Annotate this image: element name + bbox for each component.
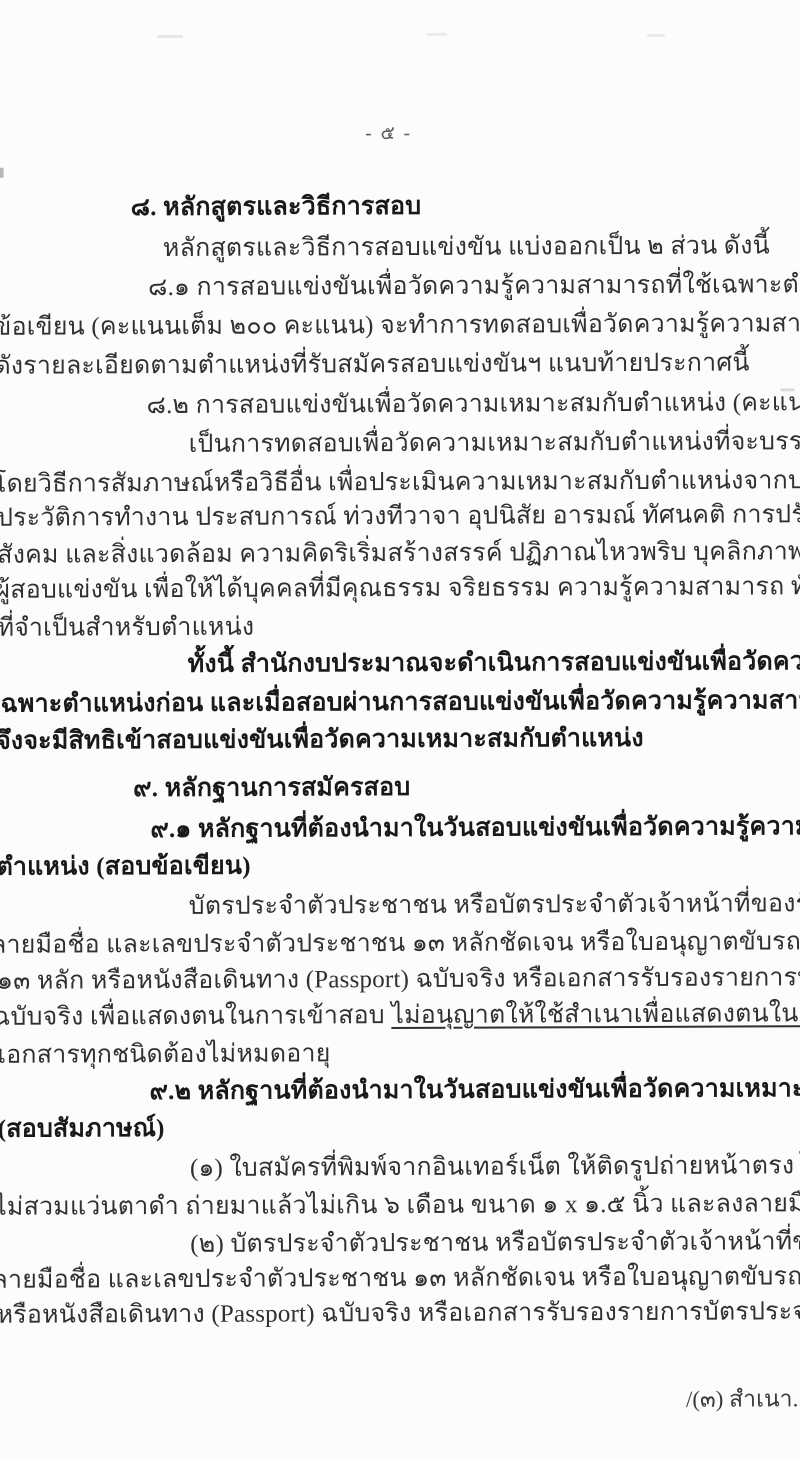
note-paragraph-line1: ทั้งนี้ สำนักงบประมาณจะดำเนินการสอบแข่งข… (188, 644, 800, 682)
scan-speck (647, 34, 665, 37)
item-2-line3: หรือหนังสือเดินทาง (Passport) ฉบับจริง ห… (0, 1294, 800, 1333)
scan-speck (157, 35, 183, 38)
clause-8-1-line3: ดังรายละเอียดตามตำแหน่งที่รับสมัครสอบแข่… (0, 346, 750, 383)
scan-speck (0, 168, 4, 178)
clause-8-2-line4: ประวัติการทำงาน ประสบการณ์ ท่วงทีวาจา อุ… (0, 497, 800, 535)
clause-9-1-para-line2: ลายมือชื่อ และเลขประจำตัวประชาชน ๑๓ หลัก… (0, 924, 800, 963)
clause-9-1-line2: ตำแหน่ง (สอบข้อเขียน) (0, 850, 251, 885)
clause-9-1-para-line1: บัตรประจำตัวประชาชน หรือบัตรประจำตัวเจ้า… (189, 887, 800, 924)
next-page-marker: /(๓) สำเนา... (686, 1381, 800, 1418)
note-paragraph-line3: จึงจะมีสิทธิเข้าสอบแข่งขันเพื่อวัดความเห… (0, 722, 644, 759)
note-paragraph-line2: เฉพาะตำแหน่งก่อน และเมื่อสอบผ่านการสอบแข… (0, 683, 800, 722)
clause-9-1-para-line5: เอกสารทุกชนิดต้องไม่หมดอายุ (0, 1037, 331, 1072)
clause-9-2-line1: ๙.๒ หลักฐานที่ต้องนำมาในวันสอบแข่งขันเพื… (150, 1072, 800, 1110)
clause-8-2-line2: เป็นการทดสอบเพื่อวัดความเหมาะสมกับตำแหน่… (189, 425, 800, 462)
clause-8-2-line5: สังคม และสิ่งแวดล้อม ความคิดริเริ่มสร้าง… (0, 534, 800, 572)
section-9-heading: ๙. หลักฐานการสมัครสอบ (133, 771, 410, 806)
document-page: - ๕ - ๘. หลักสูตรและวิธีการสอบ หลักสูตรแ… (0, 0, 800, 1458)
section-8-heading: ๘. หลักสูตรและวิธีการสอบ (131, 190, 422, 225)
clause-8-2-line3: โดยวิธีการสัมภาษณ์หรือวิธีอื่น เพื่อประเ… (0, 463, 800, 502)
clause-9-2-line2: (สอบสัมภาษณ์) (0, 1112, 165, 1147)
scanned-content: - ๕ - ๘. หลักสูตรและวิธีการสอบ หลักสูตรแ… (0, 0, 800, 1458)
clause-8-2-line1: ๘.๒ การสอบแข่งขันเพื่อวัดความเหมาะสมกับต… (147, 385, 800, 423)
clause-9-1-para-line4: ฉบับจริง เพื่อแสดงตนในการเข้าสอบ ไม่อนุญ… (0, 996, 800, 1035)
no-copy-underlined: ไม่อนุญาตให้ใช้สำเนาเพื่อแสดงตนในการเข้า… (391, 1000, 800, 1029)
section-8-intro: หลักสูตรและวิธีการสอบแข่งขัน แบ่งออกเป็น… (163, 229, 770, 266)
clause-8-2-line6: ผู้สอบแข่งขัน เพื่อให้ได้บุคคลที่มีคุณธร… (0, 569, 800, 608)
item-2-line2: ลายมือชื่อ และเลขประจำตัวประชาชน ๑๓ หลัก… (0, 1259, 800, 1298)
item-1-line1: (๑) ใบสมัครที่พิมพ์จากอินเทอร์เน็ต ให้ติ… (190, 1148, 800, 1185)
no-copy-before: ฉบับจริง เพื่อแสดงตนในการเข้าสอบ (0, 1002, 391, 1031)
item-1-line2: ไม่สวมแว่นตาดำ ถ่ายมาแล้วไม่เกิน ๖ เดือน… (0, 1186, 800, 1225)
item-2-line1: (๒) บัตรประจำตัวประชาชน หรือบัตรประจำตัว… (190, 1224, 800, 1261)
clause-9-1-para-line3: ๑๓ หลัก หรือหนังสือเดินทาง (Passport) ฉบ… (0, 960, 800, 999)
clause-8-1-line1: ๘.๑ การสอบแข่งขันเพื่อวัดความรู้ความสามา… (148, 267, 800, 305)
clause-8-2-line7: ที่จำเป็นสำหรับตำแหน่ง (0, 611, 254, 646)
clause-8-1-line2: ข้อเขียน (คะแนนเต็ม ๒๐๐ คะแนน) จะทำการทด… (0, 306, 800, 345)
scan-speck (427, 33, 447, 36)
page-number: - ๕ - (365, 118, 412, 148)
clause-9-1-line1: ๙.๑ หลักฐานที่ต้องนำมาในวันสอบแข่งขันเพื… (150, 809, 800, 847)
